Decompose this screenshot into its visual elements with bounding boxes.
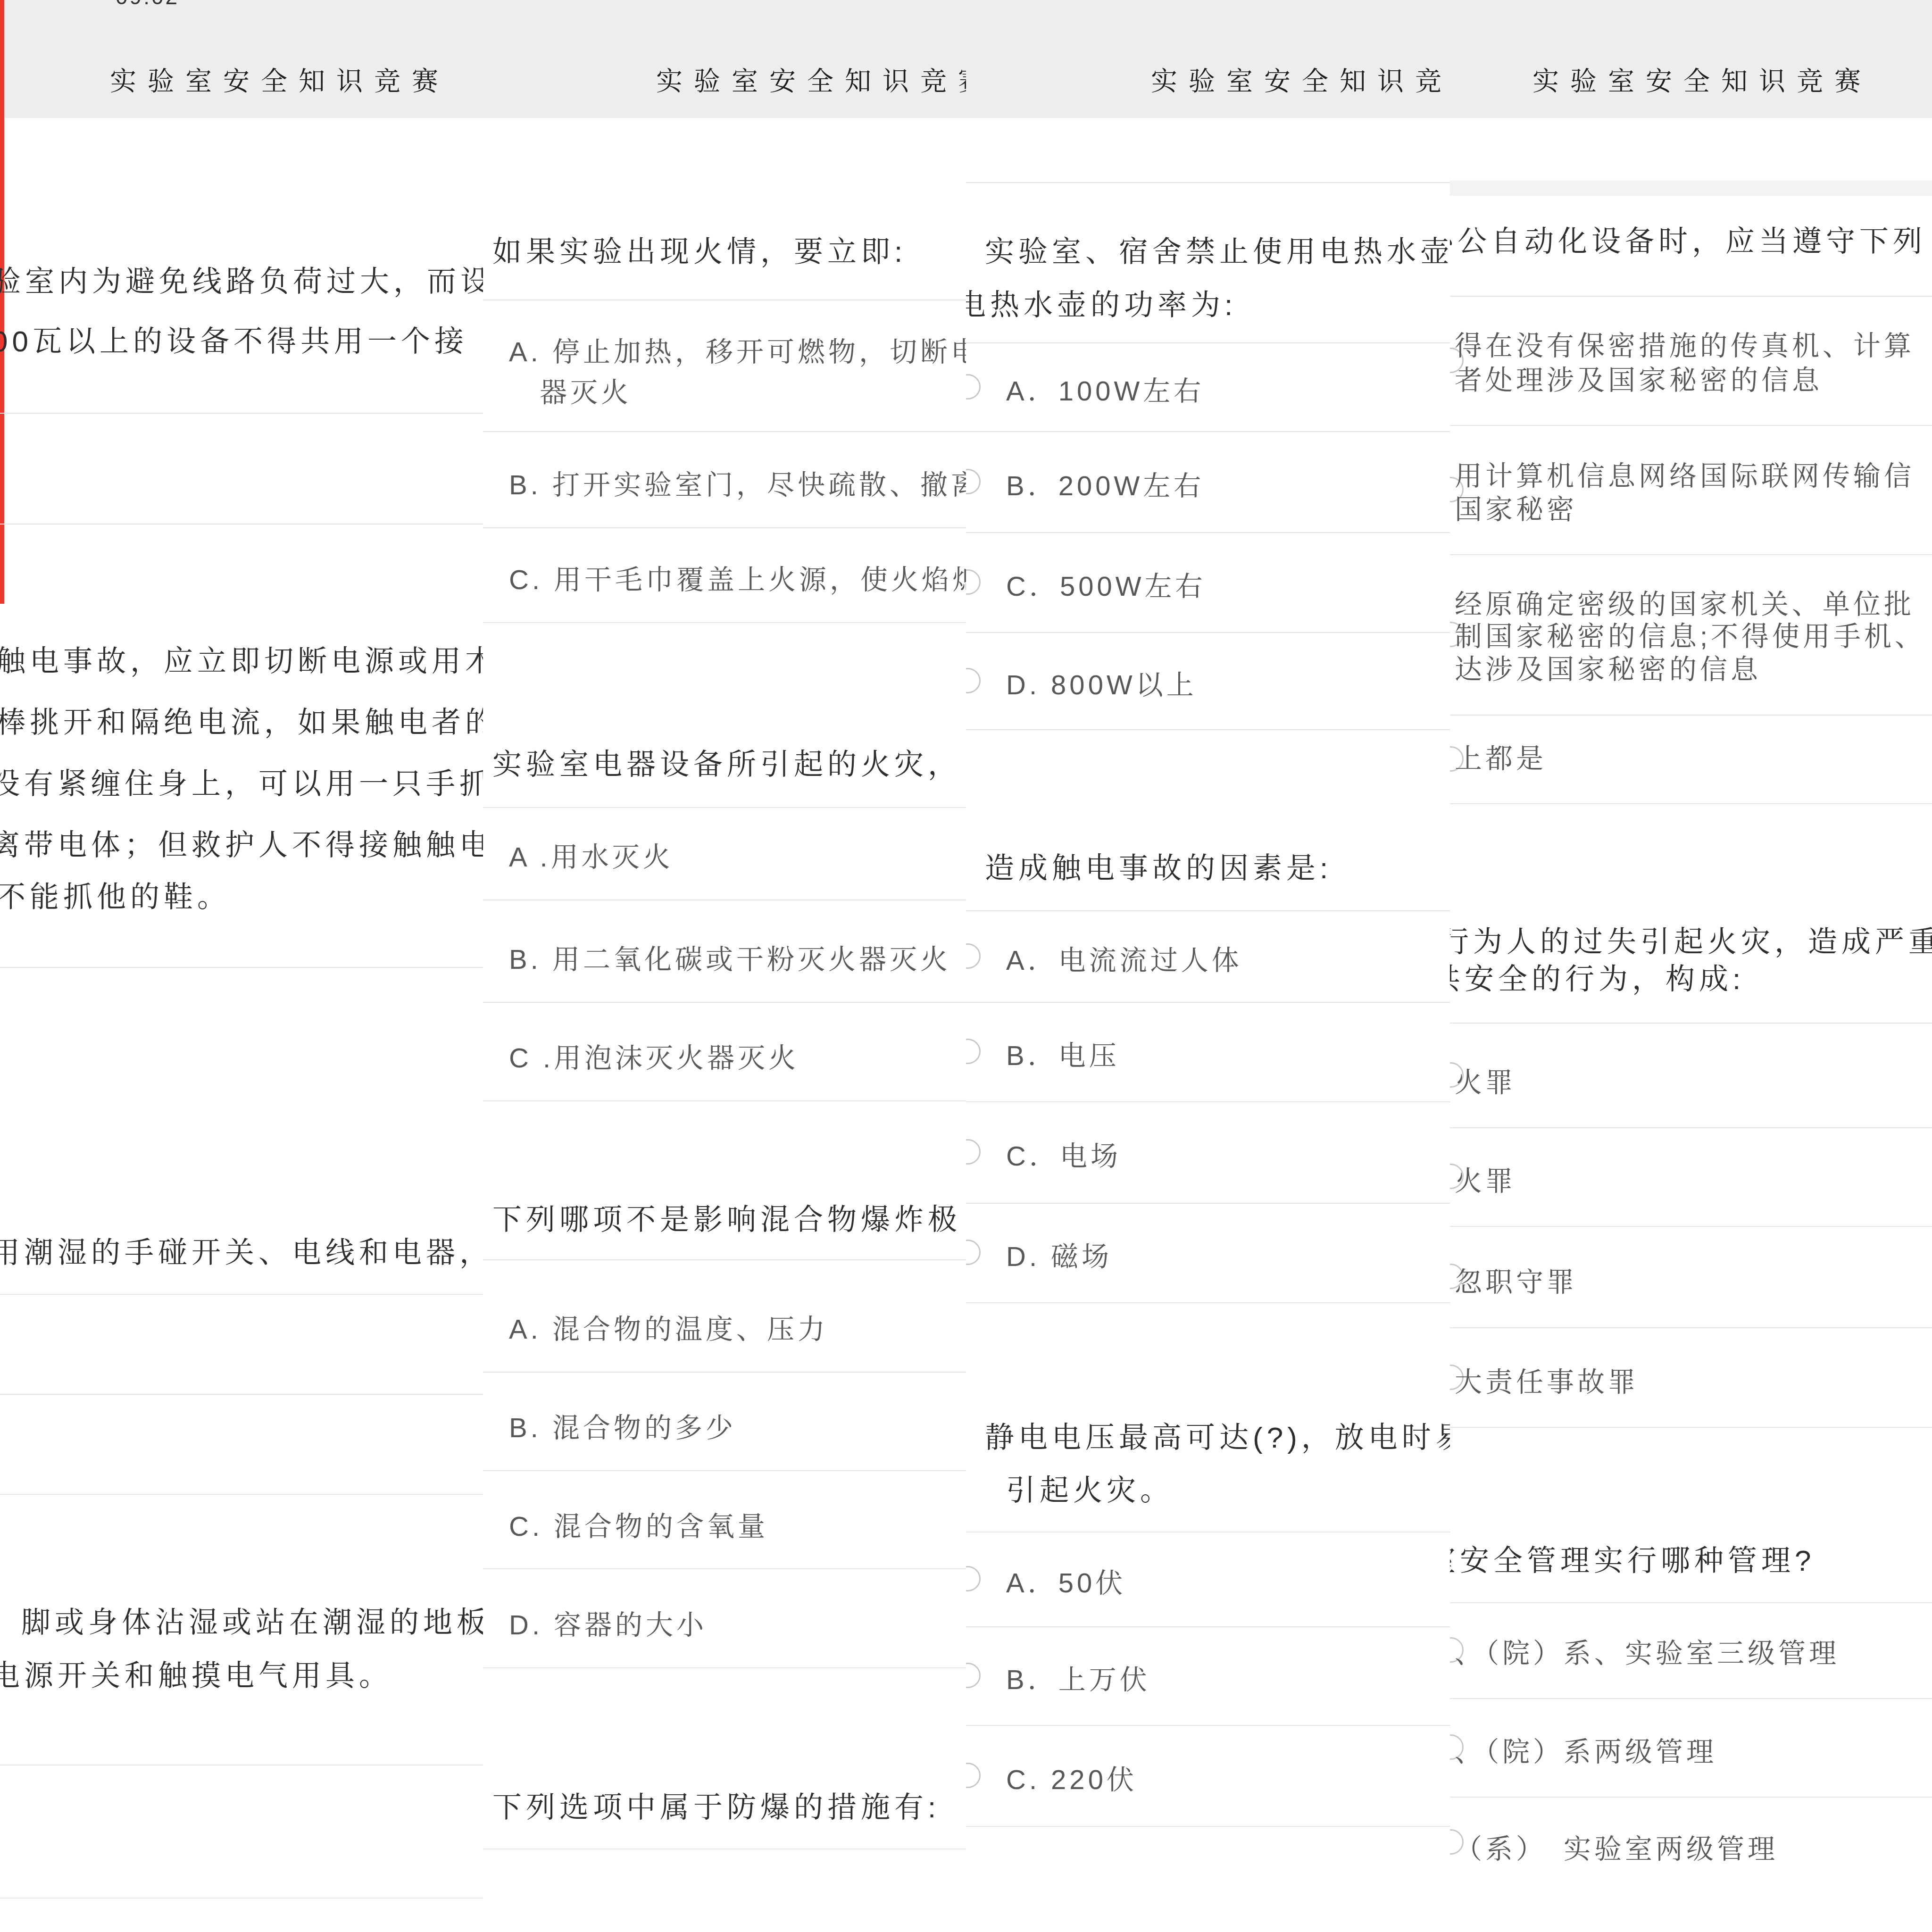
option-d[interactable]: D. 磁场	[1006, 1234, 1112, 1274]
question-text: 下列哪项不是影响混合物爆炸极	[492, 1196, 961, 1238]
radio-icon[interactable]	[966, 374, 981, 400]
radio-icon[interactable]	[966, 943, 981, 969]
question-text: 棒挑开和隔绝电流，如果触电者的	[0, 699, 483, 741]
divider	[0, 1494, 483, 1495]
divider	[966, 910, 1450, 911]
question-text: 脚或身体沾湿或站在潮湿的地板	[21, 1599, 483, 1641]
option-a[interactable]: A .用水灭火	[509, 835, 674, 874]
radio-icon[interactable]	[966, 469, 981, 494]
divider	[483, 1667, 966, 1668]
option-c-line3[interactable]: 达涉及国家秘密的信息	[1455, 647, 1761, 687]
divider	[483, 1849, 966, 1849]
divider	[966, 182, 1450, 183]
divider	[1450, 1698, 1932, 1699]
option-d[interactable]: 大责任事故罪	[1455, 1360, 1639, 1399]
divider	[1450, 1427, 1932, 1428]
recording-indicator-bar	[0, 0, 4, 604]
app-header	[0, 0, 483, 118]
question-text: 如果实验出现火情，要立即:	[492, 228, 907, 270]
question-text: 办公自动化设备时，应当遵守下列	[1450, 218, 1926, 260]
option-c[interactable]: C．电场	[1006, 1134, 1121, 1174]
radio-icon[interactable]	[966, 1663, 981, 1688]
divider	[966, 1725, 1450, 1726]
question-text: 用潮湿的手碰开关、电线和电器，	[0, 1229, 483, 1271]
question-text: 造成触电事故的因素是:	[985, 845, 1332, 887]
page-title: 实验室安全知识竞赛	[656, 60, 966, 98]
option-a[interactable]: 得在没有保密措施的传真机、计算	[1455, 324, 1915, 363]
screenshot-bottom-cutoff	[1450, 1862, 1932, 1932]
divider	[966, 729, 1450, 730]
option-a-line2[interactable]: 器灭火	[540, 370, 632, 410]
screenshot-panel-1: 实验室安全知识竞赛 09:02 验室内为避免线路负荷过大，而设 00瓦以上的设备…	[0, 0, 483, 1932]
option-d[interactable]: 上都是	[1455, 736, 1547, 776]
option-c[interactable]: C. 混合物的含氧量	[509, 1504, 768, 1544]
composite-quiz-screenshots: 实验室安全知识竞赛 09:02 验室内为避免线路负荷过大，而设 00瓦以上的设备…	[0, 0, 1932, 1932]
question-text: 电热水壶的功率为:	[966, 282, 1237, 324]
screenshot-panel-3: 实验室安全知识竞赛 实验室、宿舍禁止使用电热水壶 电热水壶的功率为: A．100…	[966, 0, 1450, 1932]
divider	[0, 1294, 483, 1295]
divider	[483, 1470, 966, 1471]
radio-icon[interactable]	[966, 1139, 981, 1165]
divider	[1450, 554, 1932, 555]
option-d[interactable]: D. 800W以上	[1006, 663, 1197, 702]
divider	[483, 622, 966, 623]
divider	[483, 807, 966, 808]
divider	[483, 899, 966, 900]
divider	[966, 1101, 1450, 1102]
divider	[483, 1259, 966, 1260]
question-text: 实验室电器设备所引起的火灾，	[492, 741, 961, 783]
radio-icon[interactable]	[966, 668, 981, 693]
app-header	[1450, 0, 1932, 118]
option-c[interactable]: C. 用干毛巾覆盖上火源，使火焰熄	[509, 558, 966, 597]
divider	[966, 1826, 1450, 1827]
divider	[0, 1394, 483, 1395]
option-b[interactable]: B. 用二氧化碳或干粉灭火器灭火	[509, 937, 951, 977]
divider	[1450, 803, 1932, 804]
option-b-line2[interactable]: 国家秘密	[1455, 487, 1577, 527]
divider	[1450, 715, 1932, 716]
option-a[interactable]: A．电流流过人体	[1006, 938, 1242, 978]
radio-icon[interactable]	[966, 1039, 981, 1064]
divider	[966, 1532, 1450, 1532]
divider	[966, 532, 1450, 533]
radio-icon[interactable]	[966, 569, 981, 595]
question-text: 离带电体；但救护人不得接触触电	[0, 822, 483, 864]
divider	[966, 632, 1450, 633]
question-text: 实验室、宿舍禁止使用电热水壶	[985, 228, 1450, 270]
option-a[interactable]: A. 混合物的温度、压力	[509, 1307, 828, 1347]
question-text: 行为人的过失引起火灾，造成严重	[1450, 918, 1932, 960]
divider	[483, 527, 966, 528]
divider	[966, 431, 1450, 432]
screenshot-panel-4: 实验室安全知识竞赛 办公自动化设备时，应当遵守下列 得在没有保密措施的传真机、计…	[1450, 0, 1932, 1932]
option-b[interactable]: B. 打开实验室门，尽快疏散、撤离	[509, 463, 966, 502]
option-b[interactable]: B. 混合物的多少	[509, 1406, 736, 1445]
divider	[483, 1568, 966, 1569]
option-a-line2[interactable]: 者处理涉及国家秘密的信息	[1455, 358, 1823, 398]
divider	[0, 413, 483, 414]
question-text: 共安全的行为，构成:	[1450, 956, 1745, 998]
divider	[1450, 1797, 1932, 1798]
divider	[1450, 1023, 1932, 1024]
page-title: 实验室安全知识竞赛	[1532, 60, 1872, 98]
page-title: 实验室安全知识竞赛	[110, 60, 450, 98]
option-c[interactable]: （系） 实验室两级管理	[1455, 1827, 1778, 1866]
question-text: 没有紧缠住身上，可以用一只手抓	[0, 760, 483, 802]
option-c[interactable]: C. 220伏	[1006, 1757, 1137, 1797]
option-a[interactable]: 、（院）系、实验室三级管理	[1455, 1631, 1840, 1671]
page-title: 实验室安全知识竞赛	[1151, 60, 1450, 98]
divider	[1450, 425, 1932, 426]
divider	[966, 1302, 1450, 1303]
question-text: 验室内为避免线路负荷过大，而设	[0, 258, 483, 300]
option-c[interactable]: C .用泡沫灭火器灭火	[509, 1036, 799, 1075]
option-d[interactable]: D. 容器的大小	[509, 1603, 707, 1642]
divider	[0, 524, 483, 525]
divider	[966, 1203, 1450, 1204]
question-text: 不能抓他的鞋。	[0, 874, 231, 916]
radio-icon[interactable]	[966, 1566, 981, 1591]
divider	[0, 967, 483, 968]
divider	[966, 1002, 1450, 1003]
divider	[1450, 1327, 1932, 1328]
screenshot-panel-2: 实验室安全知识竞赛 如果实验出现火情，要立即: A. 停止加热，移开可燃物，切断…	[483, 0, 966, 1932]
divider	[1450, 1127, 1932, 1128]
option-a[interactable]: 火罪	[1455, 1060, 1516, 1100]
divider	[483, 1002, 966, 1003]
divider	[483, 300, 966, 300]
divider	[966, 342, 1450, 343]
option-a[interactable]: A．50伏	[1006, 1561, 1126, 1600]
divider	[0, 1765, 483, 1765]
question-text: 室安全管理实行哪种管理?	[1450, 1537, 1815, 1579]
question-text: 静电电压最高可达(?)，放电时易	[985, 1414, 1450, 1456]
option-a[interactable]: A. 停止加热，移开可燃物，切断电	[509, 330, 966, 369]
option-b[interactable]: 、（院）系两级管理	[1455, 1730, 1717, 1769]
statusbar-time-fragment: 09:02	[116, 0, 179, 9]
option-c[interactable]: 忽职守罪	[1455, 1260, 1577, 1299]
radio-icon[interactable]	[966, 1240, 981, 1265]
divider	[483, 431, 966, 432]
question-text: 引起火灾。	[1006, 1467, 1174, 1509]
option-c[interactable]: C．500W左右	[1006, 564, 1206, 604]
question-text: 下列选项中属于防爆的措施有:	[492, 1784, 940, 1826]
radio-icon[interactable]	[966, 1763, 981, 1788]
option-b[interactable]: 火罪	[1455, 1159, 1516, 1199]
divider	[966, 1626, 1450, 1627]
question-text: 00瓦以上的设备不得共用一个接	[0, 318, 468, 360]
question-text: 触电事故，应立即切断电源或用木	[0, 638, 483, 680]
section-band	[1450, 181, 1932, 196]
app-header	[966, 0, 1450, 118]
app-header	[483, 0, 966, 118]
divider	[0, 1898, 483, 1899]
question-text: 电源开关和触摸电气用具。	[0, 1652, 392, 1694]
divider	[1450, 1602, 1932, 1603]
option-b[interactable]: B．上万伏	[1006, 1657, 1150, 1697]
option-a[interactable]: A．100W左右	[1006, 369, 1204, 408]
option-b[interactable]: B．200W左右	[1006, 464, 1204, 503]
divider	[483, 1100, 966, 1101]
divider	[483, 1372, 966, 1373]
divider	[1450, 1226, 1932, 1227]
option-b[interactable]: B．电压	[1006, 1033, 1120, 1073]
divider	[1450, 296, 1932, 297]
